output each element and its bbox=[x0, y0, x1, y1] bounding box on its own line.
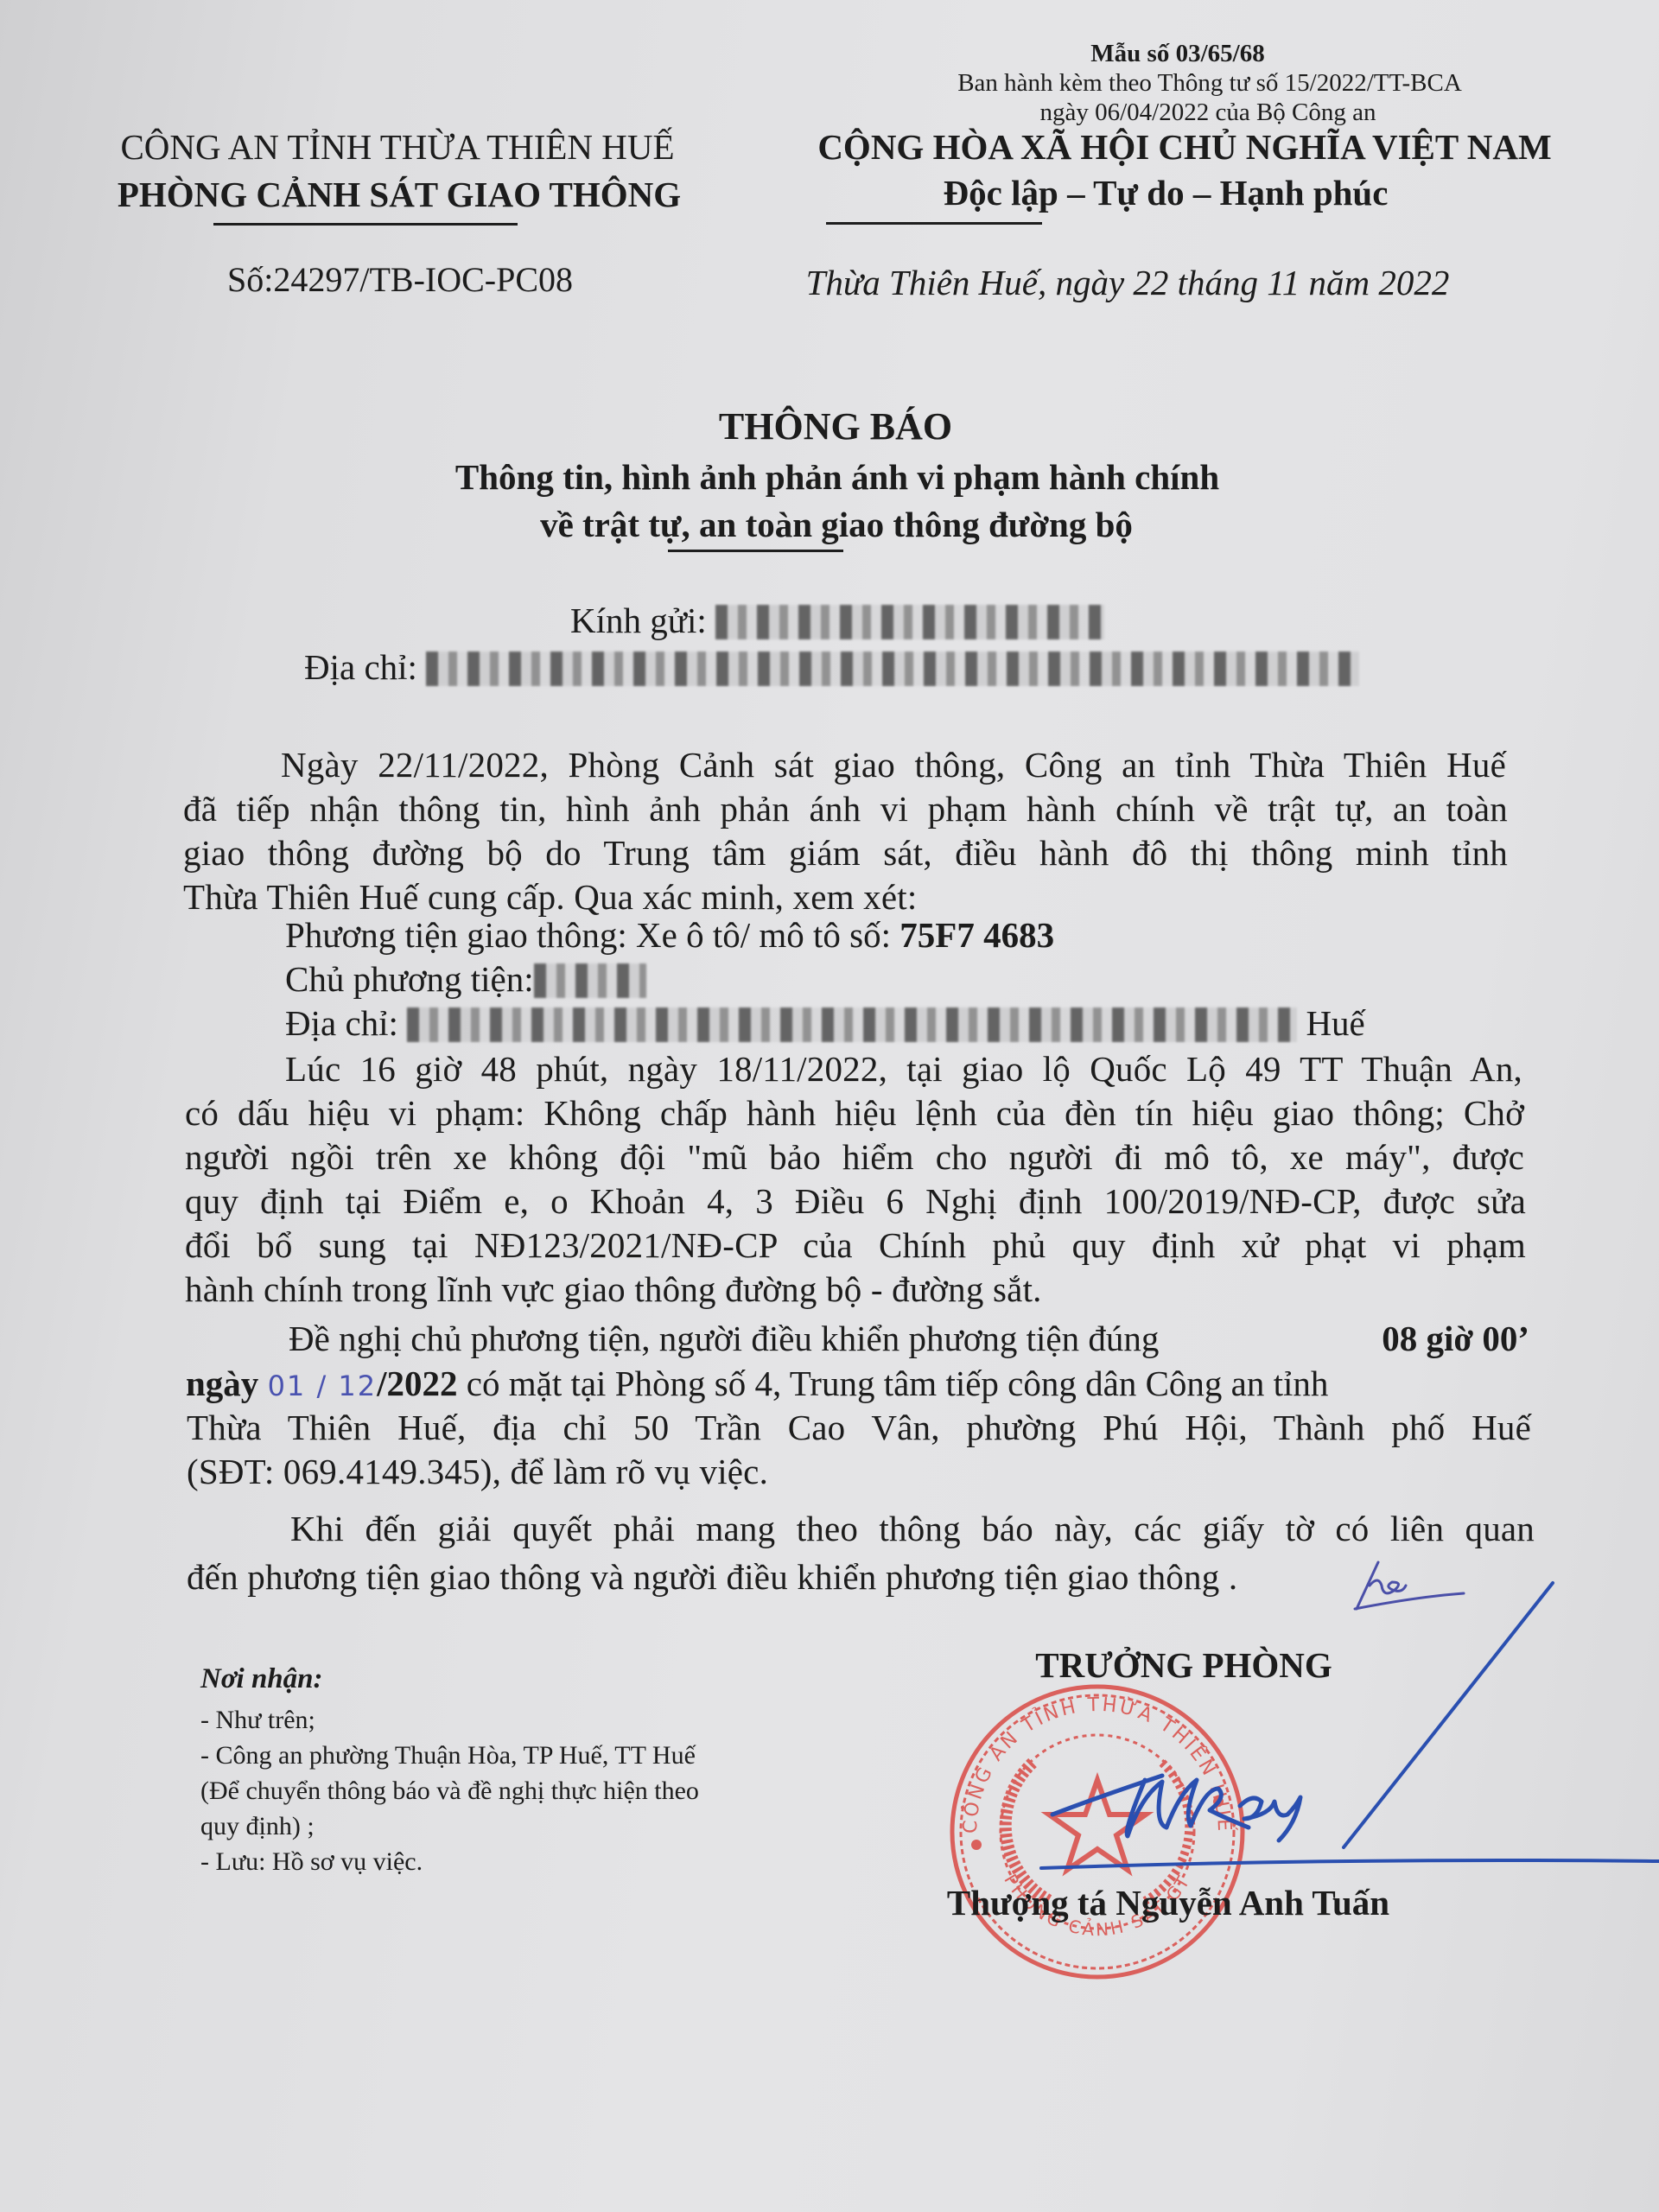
signature-ink bbox=[0, 0, 1659, 2212]
